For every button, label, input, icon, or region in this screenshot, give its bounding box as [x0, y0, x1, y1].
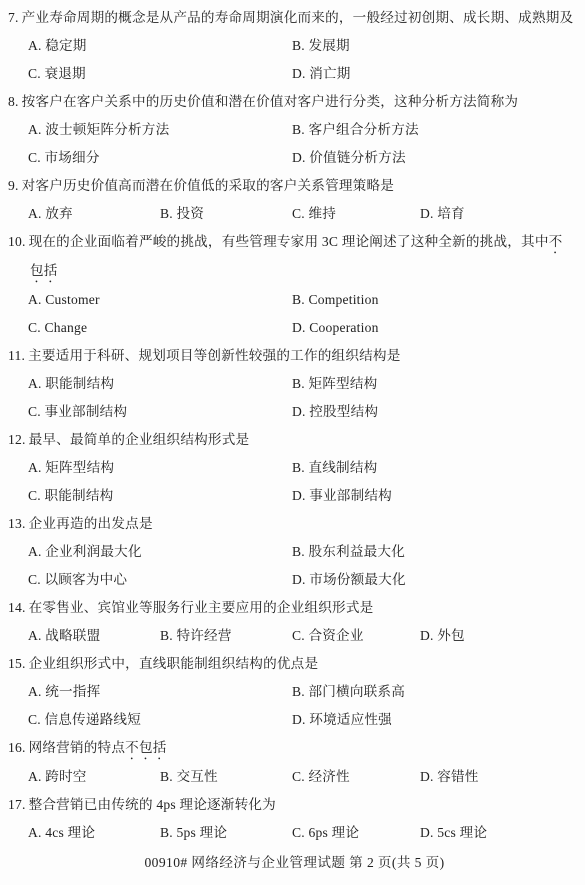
question-text: 11.主要适用于科研、规划项目等创新性较强的工作的组织结构是	[8, 342, 581, 370]
question-number: 17.	[8, 797, 29, 812]
option: D. 环境适应性强	[292, 706, 581, 734]
option: C. 合资企业	[292, 622, 420, 650]
question: 13.企业再造的出发点是 A. 企业利润最大化B. 股东利益最大化C. 以顾客为…	[8, 510, 581, 594]
option: C. 信息传递路线短	[28, 706, 292, 734]
option-list: A. 企业利润最大化B. 股东利益最大化C. 以顾客为中心D. 市场份额最大化	[28, 538, 581, 594]
option: D. 5cs 理论	[420, 819, 581, 847]
question: 9.对客户历史价值高而潜在价值低的采取的客户关系管理策略是 A. 放弃B. 投资…	[8, 172, 581, 228]
option: B. Competition	[292, 286, 581, 314]
option: A. 企业利润最大化	[28, 538, 292, 566]
question-number: 8.	[8, 94, 22, 109]
question-number: 14.	[8, 600, 29, 615]
option: D. 消亡期	[292, 60, 581, 88]
option-list: A. 跨时空B. 交互性C. 经济性D. 容错性	[28, 763, 581, 791]
question-text-segment: 现在的企业面临着严峻的挑战，有些管理专家用 3C 理论阐述了这种全新的挑战，其中	[29, 234, 549, 249]
option: A. 放弃	[28, 200, 160, 228]
question-text: 9.对客户历史价值高而潜在价值低的采取的客户关系管理策略是	[8, 172, 581, 200]
question-number: 13.	[8, 516, 29, 531]
option: B. 投资	[160, 200, 292, 228]
option: A. 职能制结构	[28, 370, 292, 398]
option: A. 战略联盟	[28, 622, 160, 650]
option-list: A. 放弃B. 投资C. 维持D. 培育	[28, 200, 581, 228]
question: 16.网络营销的特点不包括 A. 跨时空B. 交互性C. 经济性D. 容错性	[8, 734, 581, 791]
question-number: 10.	[8, 234, 29, 249]
option: D. 市场份额最大化	[292, 566, 581, 594]
option: D. 培育	[420, 200, 581, 228]
question: 15.企业组织形式中，直线职能制组织结构的优点是 A. 统一指挥B. 部门横向联…	[8, 650, 581, 734]
question-text: 16.网络营销的特点不包括	[8, 734, 581, 763]
question-number: 9.	[8, 178, 22, 193]
question-text-segment: 最早、最简单的企业组织结构形式是	[29, 432, 250, 447]
option: B. 发展期	[292, 32, 581, 60]
question-text-emphasis: 不	[549, 234, 563, 249]
option: C. 以顾客为中心	[28, 566, 292, 594]
question-text: 8.按客户在客户关系中的历史价值和潜在价值对客户进行分类，这种分析方法简称为	[8, 88, 581, 116]
option: C. 职能制结构	[28, 482, 292, 510]
question: 11.主要适用于科研、规划项目等创新性较强的工作的组织结构是 A. 职能制结构B…	[8, 342, 581, 426]
option: C. 市场细分	[28, 144, 292, 172]
question-text-segment: 在零售业、宾馆业等服务行业主要应用的企业组织形式是	[29, 600, 374, 615]
option-list: A. CustomerB. CompetitionC. ChangeD. Coo…	[28, 286, 581, 342]
question-text-segment: 企业组织形式中，直线职能制组织结构的优点是	[29, 656, 319, 671]
question-text-segment: 按客户在客户关系中的历史价值和潜在价值对客户进行分类，这种分析方法简称为	[22, 94, 519, 109]
option: C. 衰退期	[28, 60, 292, 88]
option-list: A. 4cs 理论B. 5ps 理论C. 6ps 理论D. 5cs 理论	[28, 819, 581, 847]
question-text: 17.整合营销已由传统的 4ps 理论逐渐转化为	[8, 791, 581, 819]
option-list: A. 稳定期B. 发展期C. 衰退期D. 消亡期	[28, 32, 581, 88]
question-text-segment: 企业再造的出发点是	[29, 516, 153, 531]
question-number: 12.	[8, 432, 29, 447]
option: B. 特许经营	[160, 622, 292, 650]
option-list: A. 战略联盟B. 特许经营C. 合资企业D. 外包	[28, 622, 581, 650]
option: A. 矩阵型结构	[28, 454, 292, 482]
exam-page: 7.产业寿命周期的概念是从产品的寿命周期演化而来的，一般经过初创期、成长期、成熟…	[0, 0, 585, 885]
question-text: 14.在零售业、宾馆业等服务行业主要应用的企业组织形式是	[8, 594, 581, 622]
option: C. 6ps 理论	[292, 819, 420, 847]
option: C. 经济性	[292, 763, 420, 791]
option: A. 统一指挥	[28, 678, 292, 706]
question-text: 15.企业组织形式中，直线职能制组织结构的优点是	[8, 650, 581, 678]
option: C. Change	[28, 314, 292, 342]
question-text-emphasis: 包括	[30, 263, 58, 278]
question: 17.整合营销已由传统的 4ps 理论逐渐转化为 A. 4cs 理论B. 5ps…	[8, 791, 581, 847]
option: B. 交互性	[160, 763, 292, 791]
option: B. 矩阵型结构	[292, 370, 581, 398]
question-text-segment: 整合营销已由传统的 4ps 理论逐渐转化为	[29, 797, 276, 812]
question-number: 15.	[8, 656, 29, 671]
question: 7.产业寿命周期的概念是从产品的寿命周期演化而来的，一般经过初创期、成长期、成熟…	[8, 4, 581, 88]
option: D. 容错性	[420, 763, 581, 791]
question-text-segment: 产业寿命周期的概念是从产品的寿命周期演化而来的，一般经过初创期、成长期、成熟期及	[22, 10, 574, 25]
question-list: 7.产业寿命周期的概念是从产品的寿命周期演化而来的，一般经过初创期、成长期、成熟…	[8, 4, 581, 847]
option: D. 外包	[420, 622, 581, 650]
option: C. 事业部制结构	[28, 398, 292, 426]
option: B. 客户组合分析方法	[292, 116, 581, 144]
option-list: A. 统一指挥B. 部门横向联系高C. 信息传递路线短D. 环境适应性强	[28, 678, 581, 734]
option: A. 波士顿矩阵分析方法	[28, 116, 292, 144]
option: D. Cooperation	[292, 314, 581, 342]
option: B. 5ps 理论	[160, 819, 292, 847]
option: D. 价值链分析方法	[292, 144, 581, 172]
question-number: 16.	[8, 740, 29, 755]
question: 12.最早、最简单的企业组织结构形式是 A. 矩阵型结构B. 直线制结构C. 职…	[8, 426, 581, 510]
option: A. 跨时空	[28, 763, 160, 791]
question-number: 7.	[8, 10, 22, 25]
option: A. 稳定期	[28, 32, 292, 60]
page-footer: 00910# 网络经济与企业管理试题 第 2 页(共 5 页)	[8, 849, 581, 877]
option: B. 部门横向联系高	[292, 678, 581, 706]
question-text: 7.产业寿命周期的概念是从产品的寿命周期演化而来的，一般经过初创期、成长期、成熟…	[8, 4, 581, 32]
question: 8.按客户在客户关系中的历史价值和潜在价值对客户进行分类，这种分析方法简称为 A…	[8, 88, 581, 172]
option-list: A. 职能制结构B. 矩阵型结构C. 事业部制结构D. 控股型结构	[28, 370, 581, 426]
question-number: 11.	[8, 348, 28, 363]
question-text: 10.现在的企业面临着严峻的挑战，有些管理专家用 3C 理论阐述了这种全新的挑战…	[8, 228, 581, 286]
question-text-segment: 网络营销的特点	[29, 740, 126, 755]
question-text-emphasis: 不包括	[125, 740, 166, 755]
question-text-segment: 主要适用于科研、规划项目等创新性较强的工作的组织结构是	[28, 348, 400, 363]
option-list: A. 波士顿矩阵分析方法B. 客户组合分析方法C. 市场细分D. 价值链分析方法	[28, 116, 581, 172]
question-text-segment: 对客户历史价值高而潜在价值低的采取的客户关系管理策略是	[22, 178, 394, 193]
option: D. 控股型结构	[292, 398, 581, 426]
question-text: 13.企业再造的出发点是	[8, 510, 581, 538]
option-list: A. 矩阵型结构B. 直线制结构C. 职能制结构D. 事业部制结构	[28, 454, 581, 510]
question-text: 12.最早、最简单的企业组织结构形式是	[8, 426, 581, 454]
option: A. 4cs 理论	[28, 819, 160, 847]
option: A. Customer	[28, 286, 292, 314]
question: 10.现在的企业面临着严峻的挑战，有些管理专家用 3C 理论阐述了这种全新的挑战…	[8, 228, 581, 342]
option: D. 事业部制结构	[292, 482, 581, 510]
option: C. 维持	[292, 200, 420, 228]
option: B. 直线制结构	[292, 454, 581, 482]
option: B. 股东利益最大化	[292, 538, 581, 566]
question: 14.在零售业、宾馆业等服务行业主要应用的企业组织形式是 A. 战略联盟B. 特…	[8, 594, 581, 650]
